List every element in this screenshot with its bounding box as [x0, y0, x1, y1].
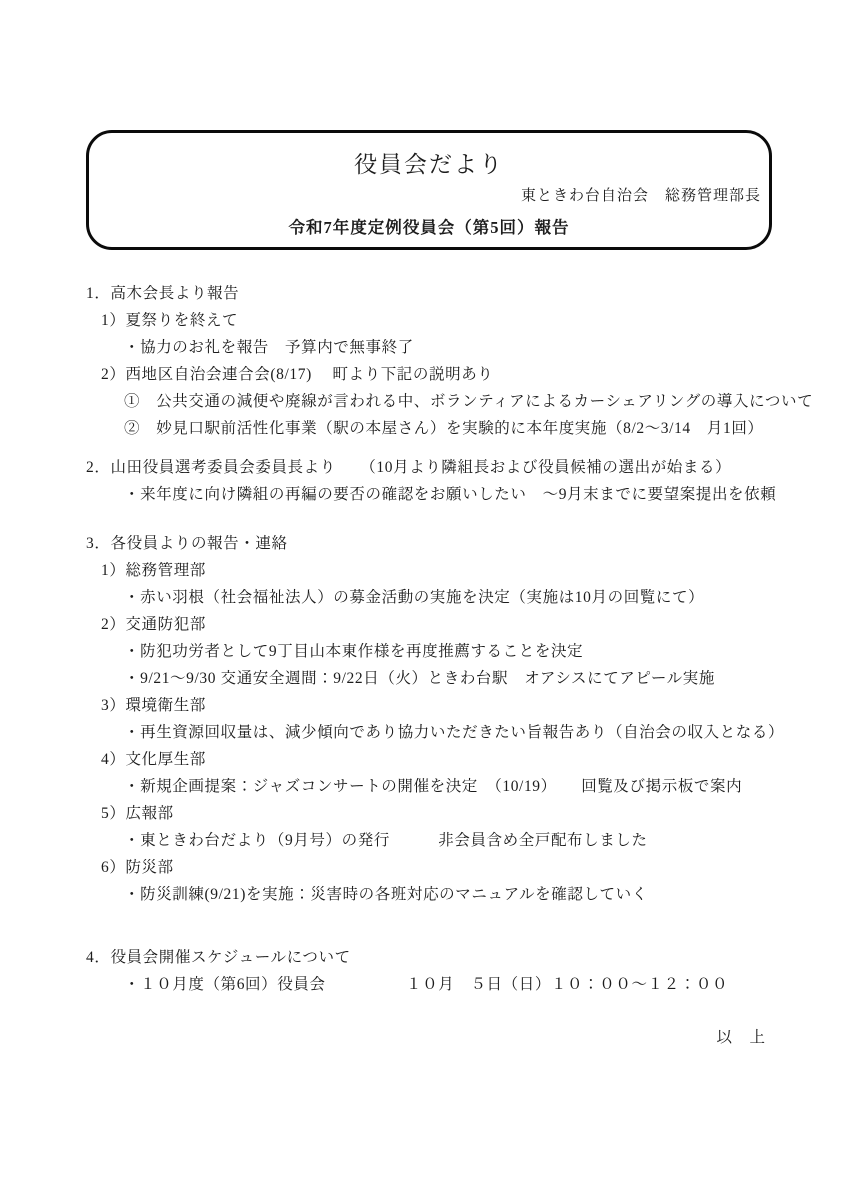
document-line: 6）防災部 — [86, 854, 834, 881]
section: 3．各役員よりの報告・連絡1）総務管理部・赤い羽根（社会福祉法人）の募金活動の実… — [86, 530, 834, 908]
section-heading: 4．役員会開催スケジュールについて — [86, 944, 834, 971]
newsletter-title: 役員会だより — [89, 153, 769, 176]
section-heading: 2．山田役員選考委員会委員長より （10月より隣組長および役員候補の選出が始まる… — [86, 454, 834, 481]
section: 2．山田役員選考委員会委員長より （10月より隣組長および役員候補の選出が始まる… — [86, 454, 834, 508]
document-body: 1．高木会長より報告1）夏祭りを終えて・協力のお礼を報告 予算内で無事終了2）西… — [86, 280, 834, 998]
closing-line: 以 上 — [86, 1024, 766, 1051]
document-line: 5）広報部 — [86, 800, 834, 827]
document-line: 2）交通防犯部 — [86, 611, 834, 638]
document-line: ② 妙見口駅前活性化事業（駅の本屋さん）を実験的に本年度実施（8/2～3/14 … — [86, 415, 834, 442]
document-line: ・新規企画提案：ジャズコンサートの開催を決定 （10/19） 回覧及び掲示板で案… — [86, 773, 834, 800]
document-line: ・協力のお礼を報告 予算内で無事終了 — [86, 334, 834, 361]
author-line: 東ときわ台自治会 総務管理部長 — [89, 189, 769, 204]
report-title: 令和7年度定例役員会（第5回）報告 — [89, 219, 769, 236]
document-line: 4）文化厚生部 — [86, 746, 834, 773]
document-line: 1）総務管理部 — [86, 557, 834, 584]
document-line: ① 公共交通の減便や廃線が言われる中、ボランティアによるカーシェアリングの導入に… — [86, 388, 834, 415]
document-line: ・9/21～9/30 交通安全週間：9/22日（火）ときわ台駅 オアシスにてアピ… — [86, 665, 834, 692]
section: 1．高木会長より報告1）夏祭りを終えて・協力のお礼を報告 予算内で無事終了2）西… — [86, 280, 834, 442]
document-line: ・防犯功労者として9丁目山本東作様を再度推薦することを決定 — [86, 638, 834, 665]
header-box: 役員会だより 東ときわ台自治会 総務管理部長 令和7年度定例役員会（第5回）報告 — [86, 130, 772, 250]
section: 4．役員会開催スケジュールについて・１０月度（第6回）役員会 １０月 ５日（日）… — [86, 944, 834, 998]
document-line: ・防災訓練(9/21)を実施：災害時の各班対応のマニュアルを確認していく — [86, 881, 834, 908]
section-heading: 3．各役員よりの報告・連絡 — [86, 530, 834, 557]
document-line: ・東ときわ台だより（9月号）の発行 非会員含め全戸配布しました — [86, 827, 834, 854]
document-line: ・１０月度（第6回）役員会 １０月 ５日（日）１０：００～１２：００ — [86, 971, 834, 998]
document-line: 1）夏祭りを終えて — [86, 307, 834, 334]
document-line: ・再生資源回収量は、減少傾向であり協力いただきたい旨報告あり（自治会の収入となる… — [86, 719, 834, 746]
document-line: ・来年度に向け隣組の再編の要否の確認をお願いしたい ～9月末までに要望案提出を依… — [86, 481, 834, 508]
document-line: ・赤い羽根（社会福祉法人）の募金活動の実施を決定（実施は10月の回覧にて） — [86, 584, 834, 611]
document-line: 2）西地区自治会連合会(8/17) 町より下記の説明あり — [86, 361, 834, 388]
document-page: 役員会だより 東ときわ台自治会 総務管理部長 令和7年度定例役員会（第5回）報告… — [0, 0, 848, 1200]
section-heading: 1．高木会長より報告 — [86, 280, 834, 307]
document-line: 3）環境衛生部 — [86, 692, 834, 719]
